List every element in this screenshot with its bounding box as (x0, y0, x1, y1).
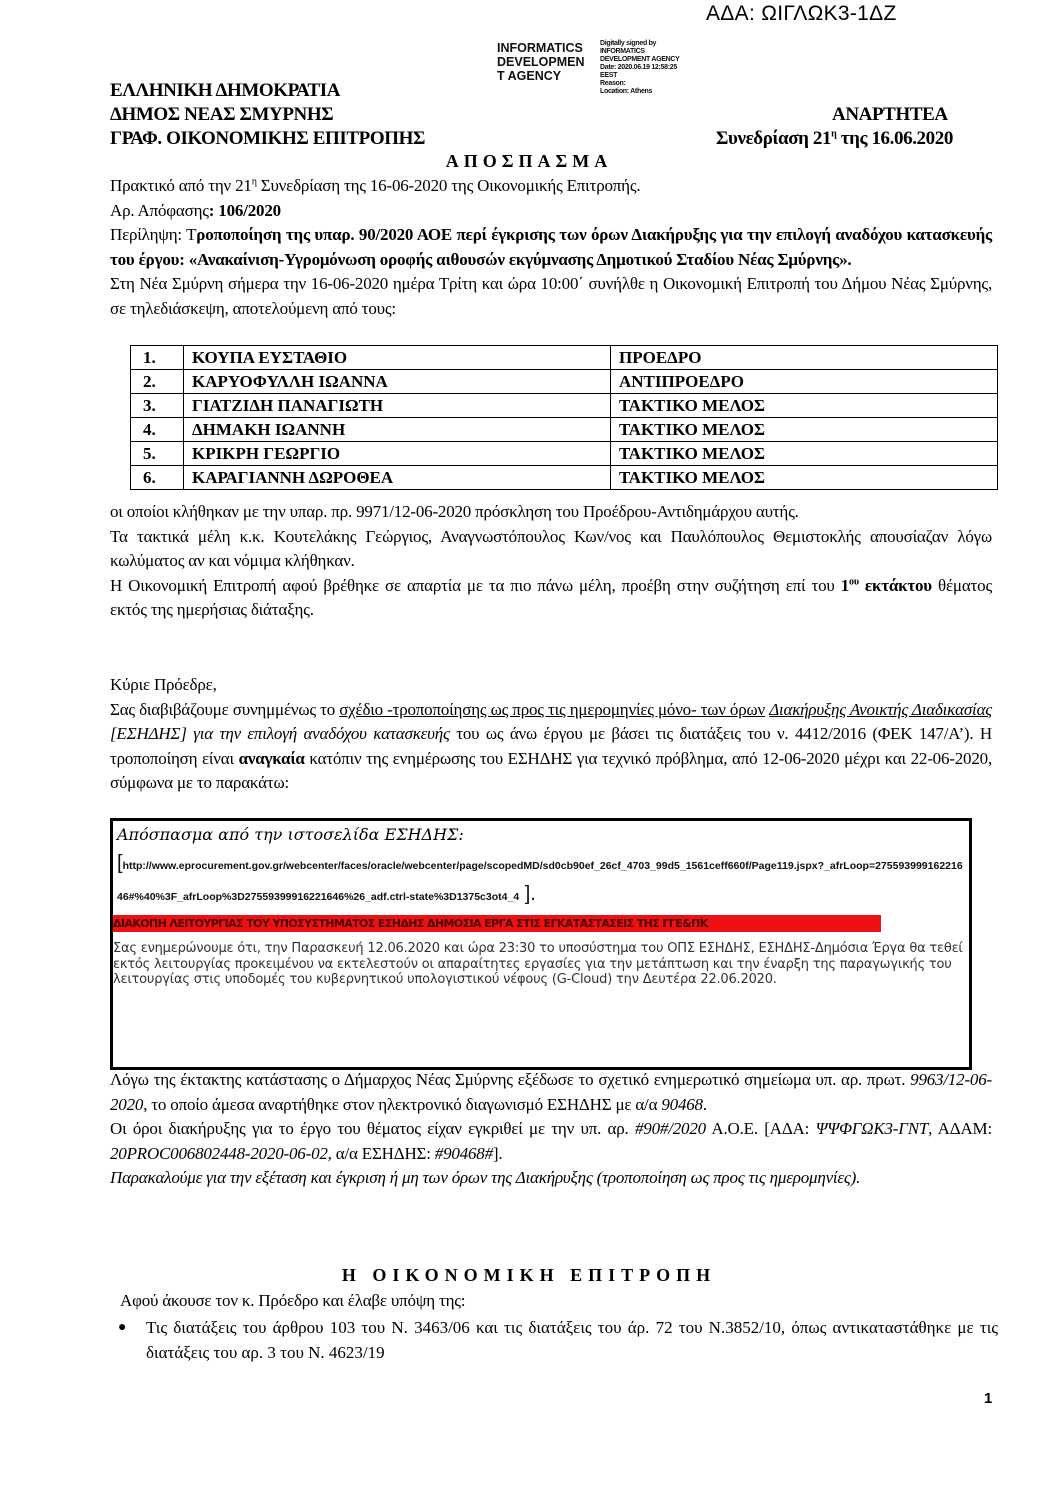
session-prefix: Συνεδρίαση 21 (716, 128, 831, 149)
bullet-text: Τις διατάξεις του άρθρου 103 του Ν. 3463… (146, 1315, 998, 1365)
summary-text: ροποποίηση της υπαρ. 90/2020 ΑΟΕ περί έγ… (110, 225, 992, 269)
excerpt-title: Απόσπασμα από την ιστοσελίδα ΕΣΗΔΗΣ: (117, 825, 464, 844)
terms-ada: ΨΨΦΓΩΚ3-ΓΝΤ (816, 1119, 929, 1138)
decision-number: : 106/2020 (209, 201, 281, 220)
address-paragraph: Σας διαβιβάζουμε συνημμένως το σχέδιο -τ… (110, 698, 992, 796)
decision-label: Αρ. Απόφασης (110, 201, 209, 220)
table-row: 5. ΚΡΙΚΡΗ ΓΕΩΡΓΙΟ ΤΑΚΤΙΚΟ ΜΕΛΟΣ (131, 442, 998, 466)
signature-detail-line: Digitally signed by (600, 40, 680, 48)
member-number: 3. (131, 394, 184, 418)
considering-line: Αφού άκουσε τον κ. Πρόεδρο και έλαβε υπό… (120, 1289, 990, 1314)
terms-decision-ref: #90#/2020 (635, 1119, 706, 1138)
quorum-ordinal: 1 (841, 576, 849, 595)
table-row: 4. ΔΗΜΑΚΗ ΙΩΑΝΝΗ ΤΑΚΤΙΚΟ ΜΕΛΟΣ (131, 418, 998, 442)
ada-code: ΑΔΑ: ΩΙΓΛΩΚ3-1ΔΖ (706, 2, 897, 26)
table-row: 3. ΓΙΑΤΖΙΔΗ ΠΑΝΑΓΙΩΤΗ ΤΑΚΤΙΚΟ ΜΕΛΟΣ (131, 394, 998, 418)
address-bold: αναγκαία (239, 749, 305, 768)
document-title: ΑΠΟΣΠΑΣΜΑ (0, 151, 1058, 172)
address-text: Σας διαβιβάζουμε συνημμένως το (110, 700, 339, 719)
summary-label: Περίληψη: Τ (110, 225, 196, 244)
signature-detail-line: Reason: (600, 80, 680, 88)
member-number: 1. (131, 346, 184, 370)
quorum-sup: ου (849, 576, 859, 587)
memo-text: . (703, 1095, 707, 1114)
minutes-suffix: Συνεδρίαση της 16-06-2020 της Οικονομική… (257, 176, 641, 195)
signer-line: DEVELOPMEN (497, 55, 585, 69)
excerpt-url-block: [http://www.eprocurement.gov.gr/webcente… (117, 849, 965, 911)
memo-text: Λόγω της έκτακτης κατάστασης ο Δήμαρχος … (110, 1070, 910, 1089)
signature-detail-line: Date: 2020.06.19 12:58:25 (600, 64, 680, 72)
issuer-country: ΕΛΛΗΝΙΚΗ ΔΗΜΟΚΡΑΤΙΑ (110, 79, 425, 103)
signature-detail-line: INFORMATICS (600, 48, 680, 56)
member-role: ΤΑΚΤΙΚΟ ΜΕΛΟΣ (611, 442, 998, 466)
quorum-paragraph: Η Οικονομική Επιτροπή αφού βρέθηκε σε απ… (110, 574, 992, 623)
terms-text: , ΑΔΑΜ: (928, 1119, 992, 1138)
request-paragraph: Παρακαλούμε για την εξέταση και έγκριση … (110, 1166, 992, 1191)
member-number: 5. (131, 442, 184, 466)
signature-details: Digitally signed by INFORMATICS DEVELOPM… (600, 40, 680, 96)
terms-text: , α/α ΕΣΗΔΗΣ: (328, 1144, 435, 1163)
terms-esidis-id: #90468# (435, 1144, 493, 1163)
minutes-prefix: Πρακτικό από την 21 (110, 176, 252, 195)
issuer-header: ΕΛΛΗΝΙΚΗ ΔΗΜΟΚΡΑΤΙΑ ΔΗΜΟΣ ΝΕΑΣ ΣΜΥΡΝΗΣ Γ… (110, 79, 425, 151)
address-underlined-italic: Διακήρυξης Ανοικτής Διαδικασίας (769, 700, 992, 719)
member-name: ΚΡΙΚΡΗ ΓΕΩΡΓΙΟ (184, 442, 611, 466)
memo-section: Λόγω της έκτακτης κατάστασης ο Δήμαρχος … (110, 1068, 992, 1191)
signature-detail-line: EEST (600, 72, 680, 80)
issuer-municipality: ΔΗΜΟΣ ΝΕΑΣ ΣΜΥΡΝΗΣ (110, 103, 425, 127)
summary-paragraph: Περίληψη: Τροποποίηση της υπαρ. 90/2020 … (110, 223, 992, 272)
member-name: ΔΗΜΑΚΗ ΙΩΑΝΝΗ (184, 418, 611, 442)
member-role: ΤΑΚΤΙΚΟ ΜΕΛΟΣ (611, 394, 998, 418)
intro-section: Πρακτικό από την 21η Συνεδρίαση της 16-0… (110, 174, 992, 321)
signature-signer: INFORMATICS DEVELOPMEN T AGENCY (497, 41, 585, 83)
session-suffix: της 16.06.2020 (836, 128, 953, 149)
quorum-prefix: Η Οικονομική Επιτροπή αφού βρέθηκε σε απ… (110, 576, 841, 595)
memo-text: , το οποίο άμεσα αναρτήθηκε στον ηλεκτρο… (143, 1095, 661, 1114)
signature-detail-line: Location: Athens (600, 88, 680, 96)
table-row: 6. ΚΑΡΑΓΙΑΝΝΗ ΔΩΡΟΘΕΑ ΤΑΚΤΙΚΟ ΜΕΛΟΣ (131, 466, 998, 490)
issuer-office: ΓΡΑΦ. ΟΙΚΟΝΟΜΙΚΗΣ ΕΠΙΤΡΟΠΗΣ (110, 127, 425, 151)
outage-banner: ΔΙΑΚΟΠΗ ΛΕΙΤΟΥΡΓΙΑΣ ΤΟΥ ΥΠΟΣΥΣΤΗΜΑΤΟΣ ΕΣ… (113, 915, 881, 932)
member-role: ΠΡΟΕΔΡΟ (611, 346, 998, 370)
absent-paragraph: Τα τακτικά μέλη κ.κ. Κουτελάκης Γεώργιος… (110, 525, 992, 574)
member-number: 6. (131, 466, 184, 490)
signer-line: INFORMATICS (497, 41, 585, 55)
decision-line: Αρ. Απόφασης: 106/2020 (110, 199, 992, 224)
minutes-line: Πρακτικό από την 21η Συνεδρίαση της 16-0… (110, 174, 992, 199)
members-table: 1. ΚΟΥΠΑ ΕΥΣΤΑΘΙΟ ΠΡΟΕΔΡΟ 2. ΚΑΡΥΟΦΥΛΛΗ … (130, 345, 998, 490)
bullet-icon: ● (118, 1315, 146, 1365)
member-role: ΑΝΤΙΠΡΟΕΔΡΟ (611, 370, 998, 394)
member-name: ΚΟΥΠΑ ΕΥΣΤΑΘΙΟ (184, 346, 611, 370)
table-row: 2. ΚΑΡΥΟΦΥΛΛΗ ΙΩΑΝΝΑ ΑΝΤΙΠΡΟΕΔΡΟ (131, 370, 998, 394)
member-number: 2. (131, 370, 184, 394)
terms-text: ]. (493, 1144, 503, 1163)
excerpt-box: Απόσπασμα από την ιστοσελίδα ΕΣΗΔΗΣ: [ht… (110, 818, 972, 1070)
list-item: ● Τις διατάξεις του άρθρου 103 του Ν. 34… (118, 1315, 998, 1365)
memo-tender-id: 90468 (661, 1095, 703, 1114)
terms-text: Οι όροι διακήρυξης για το έργο του θέματ… (110, 1119, 635, 1138)
outage-notice: Σας ενημερώνουμε ότι, την Παρασκευή 12.0… (113, 941, 965, 988)
member-role: ΤΑΚΤΙΚΟ ΜΕΛΟΣ (611, 466, 998, 490)
committee-heading: Η ΟΙΚΟΝΟΜΙΚΗ ΕΠΙΤΡΟΠΗ (0, 1265, 1058, 1286)
publish-status: ΑΝΑΡΤΗΤΕΑ (832, 103, 948, 127)
memo-paragraph: Λόγω της έκτακτης κατάστασης ο Δήμαρχος … (110, 1068, 992, 1117)
page-number: 1 (984, 1390, 992, 1407)
meeting-paragraph: Στη Νέα Σμύρνη σήμερα την 16-06-2020 ημέ… (110, 272, 992, 321)
member-name: ΓΙΑΤΖΙΔΗ ΠΑΝΑΓΙΩΤΗ (184, 394, 611, 418)
address-section: Κύριε Πρόεδρε, Σας διαβιβάζουμε συνημμέν… (110, 673, 992, 796)
member-number: 4. (131, 418, 184, 442)
member-name: ΚΑΡΑΓΙΑΝΝΗ ΔΩΡΟΘΕΑ (184, 466, 611, 490)
member-role: ΤΑΚΤΙΚΟ ΜΕΛΟΣ (611, 418, 998, 442)
salutation: Κύριε Πρόεδρε, (110, 673, 992, 698)
attendance-section: οι οποίοι κλήθηκαν με την υπαρ. πρ. 9971… (110, 500, 992, 623)
excerpt-url-link[interactable]: http://www.eprocurement.gov.gr/webcenter… (117, 860, 963, 903)
address-italic: [ΕΣΗΔΗΣ] για την επιλογή αναδόχου κατασκ… (110, 724, 450, 743)
member-name: ΚΑΡΥΟΦΥΛΛΗ ΙΩΑΝΝΑ (184, 370, 611, 394)
invitation-paragraph: οι οποίοι κλήθηκαν με την υπαρ. πρ. 9971… (110, 500, 992, 525)
signature-detail-line: DEVELOPMENT AGENCY (600, 56, 680, 64)
terms-adam: 20PROC006802448-2020-06-02 (110, 1144, 328, 1163)
url-close-bracket: ]. (519, 883, 536, 905)
signer-line: T AGENCY (497, 69, 585, 83)
session-info: Συνεδρίαση 21η της 16.06.2020 (716, 127, 953, 151)
address-underlined: σχέδιο -τροποποίησης ως προς τις ημερομη… (339, 700, 765, 719)
quorum-bold: εκτάκτου (859, 576, 932, 595)
terms-text: Α.Ο.Ε. [ΑΔΑ: (706, 1119, 816, 1138)
table-row: 1. ΚΟΥΠΑ ΕΥΣΤΑΘΙΟ ΠΡΟΕΔΡΟ (131, 346, 998, 370)
terms-paragraph: Οι όροι διακήρυξης για το έργο του θέματ… (110, 1117, 992, 1166)
